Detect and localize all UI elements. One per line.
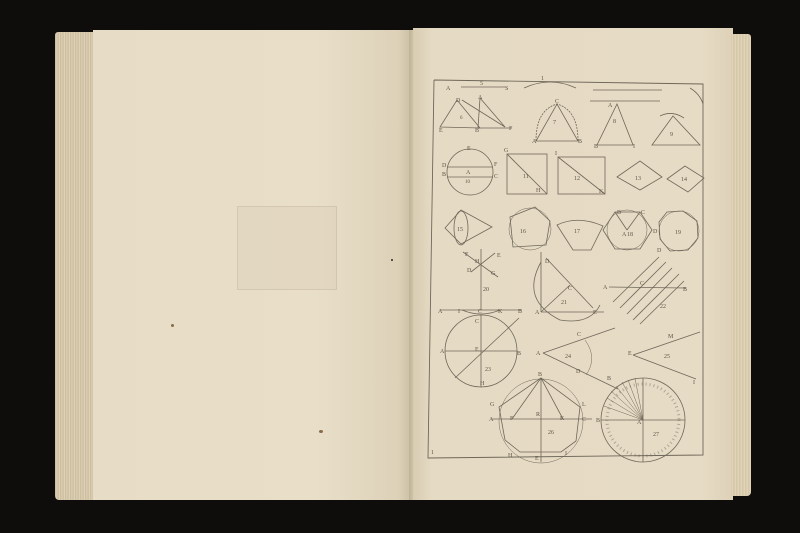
svg-text:A: A: [535, 310, 540, 316]
svg-text:6: 6: [460, 116, 463, 121]
svg-text:C: C: [582, 417, 586, 423]
svg-text:A: A: [489, 417, 494, 423]
svg-text:S: S: [505, 86, 508, 92]
svg-text:B: B: [538, 372, 542, 378]
svg-text:D: D: [576, 369, 581, 375]
svg-text:C: C: [475, 319, 479, 325]
svg-text:H: H: [480, 381, 485, 387]
svg-text:B: B: [578, 139, 582, 145]
svg-text:E: E: [593, 310, 597, 316]
svg-text:L: L: [582, 402, 586, 408]
svg-text:A: A: [438, 309, 443, 315]
svg-text:R: R: [536, 412, 540, 418]
svg-text:C: C: [478, 309, 482, 315]
svg-text:A: A: [532, 139, 537, 145]
svg-text:26: 26: [548, 430, 554, 436]
geometry-plate: 1 A5S DA EBF 6 7ABC 8BIA 9 EDBAFC10 G11H…: [0, 0, 800, 533]
svg-text:I: I: [693, 380, 695, 386]
svg-text:20: 20: [483, 287, 489, 293]
svg-text:C: C: [641, 210, 645, 216]
svg-text:H: H: [475, 259, 480, 265]
svg-text:H: H: [508, 453, 513, 459]
svg-text:F: F: [509, 126, 513, 132]
svg-text:B: B: [517, 351, 521, 357]
svg-text:13: 13: [635, 176, 641, 182]
svg-text:C: C: [577, 332, 581, 338]
plate-mark-top: 1: [541, 76, 544, 82]
svg-text:A: A: [608, 103, 613, 109]
svg-text:I: I: [633, 144, 635, 150]
svg-text:D: D: [657, 248, 662, 254]
svg-text:E: E: [497, 253, 501, 259]
svg-text:E: E: [628, 351, 632, 357]
svg-text:B: B: [518, 309, 522, 315]
svg-text:B: B: [596, 418, 600, 424]
svg-text:K: K: [498, 309, 503, 315]
svg-text:B: B: [594, 144, 598, 150]
svg-text:E: E: [475, 347, 479, 353]
svg-text:K: K: [599, 189, 604, 195]
svg-text:C: C: [555, 99, 559, 105]
svg-text:G: G: [491, 271, 496, 277]
svg-text:H: H: [536, 188, 541, 194]
svg-text:24: 24: [565, 354, 571, 360]
svg-text:C: C: [494, 174, 498, 180]
svg-text:A: A: [440, 349, 445, 355]
svg-text:10: 10: [465, 180, 471, 185]
svg-text:21: 21: [561, 300, 567, 306]
svg-text:5: 5: [480, 81, 483, 87]
svg-text:25: 25: [664, 354, 670, 360]
svg-text:27: 27: [653, 432, 659, 438]
svg-text:17: 17: [574, 229, 580, 235]
svg-text:B: B: [442, 172, 446, 178]
svg-text:B: B: [683, 287, 687, 293]
svg-text:B: B: [617, 210, 621, 216]
svg-text:23: 23: [485, 367, 491, 373]
svg-text:C: C: [640, 281, 644, 287]
svg-text:B: B: [607, 376, 611, 382]
svg-text:E: E: [439, 128, 443, 134]
svg-text:D: D: [467, 268, 472, 274]
svg-text:A: A: [603, 285, 608, 291]
svg-text:15: 15: [457, 227, 463, 233]
svg-text:D: D: [456, 98, 461, 104]
svg-text:A: A: [446, 86, 451, 92]
svg-text:A: A: [536, 351, 541, 357]
svg-text:G: G: [490, 402, 495, 408]
svg-text:9: 9: [670, 132, 673, 138]
svg-text:18: 18: [627, 232, 633, 238]
svg-text:D: D: [653, 229, 658, 235]
svg-text:16: 16: [520, 229, 526, 235]
svg-text:E: E: [535, 456, 539, 462]
svg-text:14: 14: [681, 177, 687, 183]
svg-text:D: D: [545, 259, 550, 265]
svg-text:7: 7: [553, 120, 556, 126]
svg-text:22: 22: [660, 304, 666, 310]
svg-text:I: I: [555, 151, 557, 157]
svg-text:C: C: [568, 286, 572, 292]
svg-text:8: 8: [613, 119, 616, 125]
svg-text:I: I: [458, 309, 460, 315]
svg-text:E: E: [467, 146, 471, 152]
svg-text:I: I: [565, 451, 567, 457]
svg-text:D: D: [442, 163, 447, 169]
svg-text:G: G: [504, 148, 509, 154]
svg-text:A: A: [478, 95, 483, 101]
plate-mark-bottom: 1: [431, 450, 434, 456]
svg-text:B: B: [475, 128, 479, 134]
svg-text:12: 12: [574, 176, 580, 182]
svg-text:A: A: [466, 170, 471, 176]
svg-text:A: A: [637, 420, 642, 426]
svg-text:M: M: [668, 334, 674, 340]
svg-text:11: 11: [523, 174, 529, 180]
svg-text:F: F: [494, 162, 498, 168]
svg-text:19: 19: [675, 230, 681, 236]
svg-text:F: F: [465, 252, 469, 258]
svg-text:K: K: [560, 416, 565, 422]
